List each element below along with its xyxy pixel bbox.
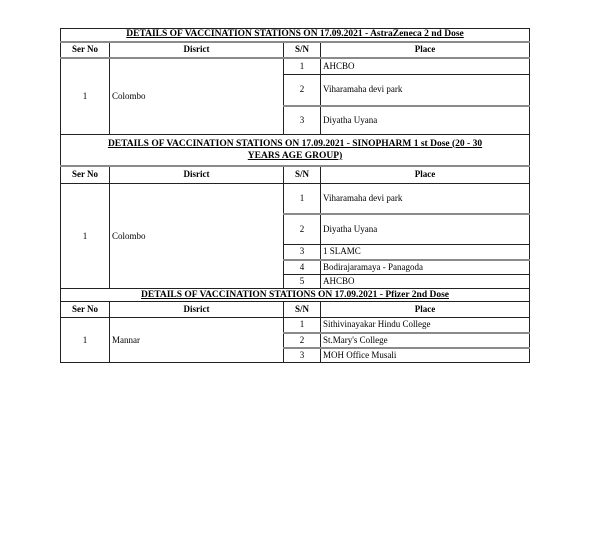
district-cell: Colombo [110,184,284,289]
header-sn: S/N [284,166,321,184]
district-cell: Colombo [110,58,284,135]
header-row: Ser No Disrict S/N Place [61,302,530,318]
place-cell: St.Mary's College [321,333,530,348]
place-cell: AHCBO [321,275,530,289]
place-cell: 1 SLAMC [321,245,530,260]
header-sn: S/N [284,302,321,318]
sn-cell: 1 [284,58,321,75]
place-cell: Sithivinayakar Hindu College [321,318,530,333]
header-ser-no: Ser No [61,166,110,184]
table-row: 1 Mannar 1 Sithivinayakar Hindu College [61,318,530,333]
section-title-row: DETAILS OF VACCINATION STATIONS ON 17.09… [61,29,530,42]
ser-no-cell: 1 [61,184,110,289]
header-sn: S/N [284,42,321,58]
sn-cell: 3 [284,245,321,260]
place-cell: Diyatha Uyana [321,106,530,135]
header-place: Place [321,42,530,58]
section-title-row: DETAILS OF VACCINATION STATIONS ON 17.09… [61,135,530,166]
sn-cell: 1 [284,184,321,214]
header-row: Ser No Disrict S/N Place [61,42,530,58]
sn-cell: 3 [284,106,321,135]
place-cell: Viharamaha devi park [321,184,530,214]
section-title-sinopharm: DETAILS OF VACCINATION STATIONS ON 17.09… [61,135,530,166]
sn-cell: 5 [284,275,321,289]
header-place: Place [321,166,530,184]
sn-cell: 2 [284,333,321,348]
header-row: Ser No Disrict S/N Place [61,166,530,184]
ser-no-cell: 1 [61,58,110,135]
sn-cell: 2 [284,75,321,106]
vaccination-table: DETAILS OF VACCINATION STATIONS ON 17.09… [60,28,530,363]
section-title-astrazeneca: DETAILS OF VACCINATION STATIONS ON 17.09… [61,29,530,42]
table-row: 1 Colombo 1 AHCBO [61,58,530,75]
place-cell: MOH Office Musali [321,348,530,363]
place-cell: AHCBO [321,58,530,75]
section-title-pfizer: DETAILS OF VACCINATION STATIONS ON 17.09… [61,289,530,302]
sn-cell: 2 [284,214,321,245]
vaccination-stations-document: DETAILS OF VACCINATION STATIONS ON 17.09… [60,28,529,363]
section-title-row: DETAILS OF VACCINATION STATIONS ON 17.09… [61,289,530,302]
sn-cell: 4 [284,260,321,275]
header-district: Disrict [110,42,284,58]
header-ser-no: Ser No [61,302,110,318]
table-row: 1 Colombo 1 Viharamaha devi park [61,184,530,214]
place-cell: Bodirajaramaya - Panagoda [321,260,530,275]
sn-cell: 1 [284,318,321,333]
place-cell: Diyatha Uyana [321,214,530,245]
ser-no-cell: 1 [61,318,110,363]
header-ser-no: Ser No [61,42,110,58]
place-cell: Viharamaha devi park [321,75,530,106]
header-district: Disrict [110,166,284,184]
sn-cell: 3 [284,348,321,363]
header-place: Place [321,302,530,318]
header-district: Disrict [110,302,284,318]
district-cell: Mannar [110,318,284,363]
